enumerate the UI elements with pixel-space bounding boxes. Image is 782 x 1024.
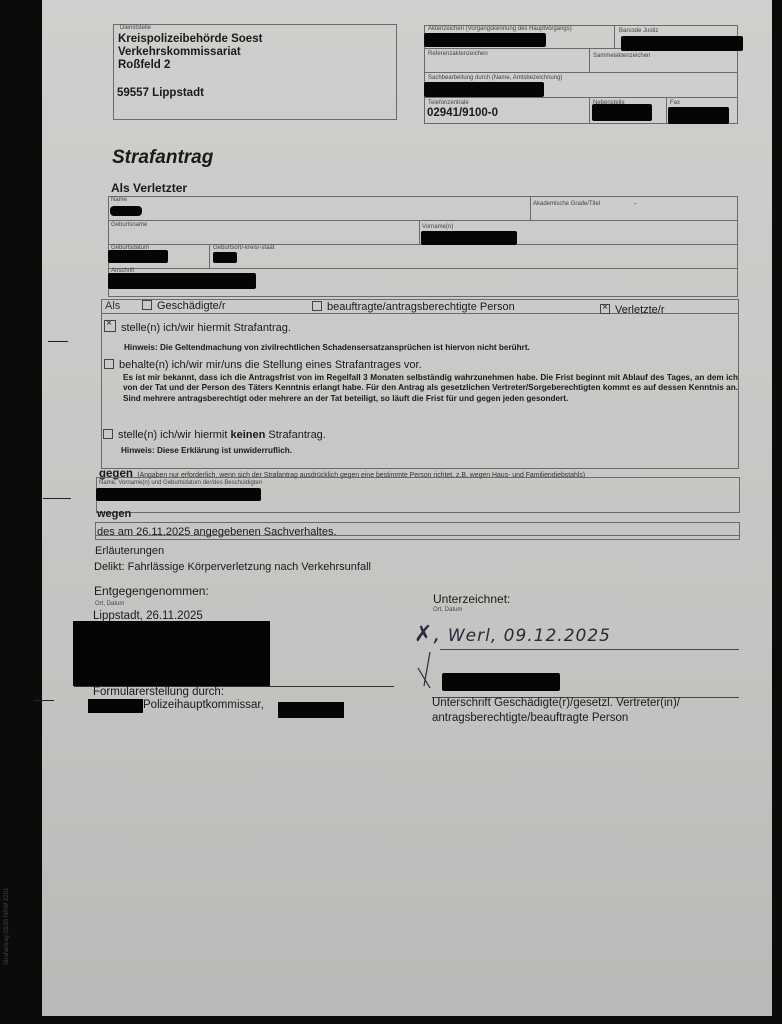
declaration-vorbehalt-note: Es ist mir bekannt, dass ich die Antrags… (123, 373, 738, 404)
role-option-beauftragte[interactable]: beauftragte/antragsberechtigte Person (312, 301, 515, 313)
signature-redacted (442, 673, 560, 691)
sammel-label: Sammelaktenzeichen (593, 53, 650, 59)
telefon-label: Telefonzentrale (428, 100, 469, 106)
formularerstellung-label: Formularerstellung durch: (93, 686, 224, 698)
entgegengenommen-heading: Entgegengenommen: (94, 584, 209, 598)
checkbox-kein-strafantrag[interactable] (103, 429, 113, 439)
unterzeichnet-handwritten-value: ✗, Werl, 09.12.2025 (414, 622, 611, 647)
handwritten-x-mark: ✗, (414, 622, 441, 647)
name-label: Name (111, 197, 127, 203)
titel-value: - (634, 201, 636, 208)
dienststelle-city: 59557 Lippstadt (117, 87, 204, 99)
checkbox-geschaedigte[interactable] (142, 300, 152, 310)
unterzeichnet-ort-datum-label: Ort, Datum (433, 607, 462, 613)
fold-mark-1 (48, 341, 68, 342)
beschuldigter-label: Name, Vorname(n) und Geburtsdatum der/de… (99, 480, 262, 486)
officer-rank: Polizeihauptkommissar, (143, 699, 264, 711)
form-code-footer: Strafantrag 03/25 NRW 2201 (4, 888, 10, 965)
beschuldigter-redacted (96, 488, 261, 501)
titel-label: Akademische Grade/Titel (533, 201, 600, 207)
geburtsort-label: Geburtsort/-kreis/-staat (213, 245, 274, 251)
declaration-vorbehalt[interactable]: behalte(n) ich/wir mir/uns die Stellung … (104, 359, 422, 371)
signature-caption-line1: Unterschrift Geschädigte(r)/gesetzl. Ver… (432, 697, 680, 709)
declaration-kein-strafantrag[interactable]: stelle(n) ich/wir hiermit keinen Strafan… (103, 429, 326, 441)
page-title: Strafantrag (112, 147, 213, 169)
wegen-heading: wegen (97, 508, 131, 520)
officer-id-redacted (278, 702, 344, 718)
role-prefix: Als (105, 300, 120, 312)
geburtsdatum-redacted (108, 250, 168, 263)
wegen-value: des am 26.11.2025 angegebenen Sachverhal… (97, 526, 337, 538)
dienststelle-label: Dienststelle (120, 25, 151, 31)
declaration-kein-strafantrag-note: Hinweis: Diese Erklärung ist unwiderrufl… (121, 446, 292, 456)
declaration-strafantrag-note: Hinweis: Die Geltendmachung von zivilrec… (124, 343, 530, 353)
barcode-redacted (621, 36, 743, 51)
unterzeichnet-heading: Unterzeichnet: (433, 592, 510, 606)
nebenstelle-redacted (592, 104, 652, 121)
fax-redacted (668, 107, 729, 124)
anschrift-redacted (108, 273, 256, 289)
dienststelle-line1: Kreispolizeibehörde Soest (118, 33, 262, 45)
entgegengenommen-ort-datum-label: Ort, Datum (95, 601, 124, 607)
telefon-value: 02941/9100-0 (427, 107, 498, 119)
aktenzeichen-redacted (424, 33, 546, 47)
role-option-verletzte[interactable]: Verletzte/r (600, 304, 665, 316)
checkbox-strafantrag[interactable] (104, 320, 116, 332)
officer-signature-redacted (73, 621, 270, 686)
erlaeuterungen-heading: Erläuterungen (95, 545, 164, 557)
sachbearbeitung-label: Sachbearbeitung durch (Name, Amtsbezeich… (428, 75, 562, 81)
vorname-label: Vorname(n) (422, 224, 453, 230)
aktenzeichen-label: Aktenzeichen (Vorgangskennung des Hauptv… (428, 26, 572, 32)
fax-label: Fax (670, 100, 680, 106)
signature-caption-line2: antragsberechtigte/beauftragte Person (432, 712, 628, 724)
referenz-label: Referenzaktenzeichen (428, 51, 488, 57)
checkbox-vorbehalt[interactable] (104, 359, 114, 369)
sachbearbeitung-redacted (424, 82, 544, 97)
dienststelle-line3: Roßfeld 2 (118, 59, 170, 71)
name-redacted (110, 206, 142, 216)
role-option-geschaedigte[interactable]: Geschädigte/r (142, 300, 225, 312)
checkbox-verletzte[interactable] (600, 304, 610, 314)
geburtsort-redacted (213, 252, 237, 263)
officer-name-redacted (88, 699, 143, 713)
geburtsname-label: Geburtsname (111, 222, 147, 228)
barcode-label: Barcode Justiz (619, 28, 658, 34)
fold-mark-3 (34, 700, 54, 701)
fold-mark-2 (43, 498, 71, 499)
vorname-redacted (421, 231, 517, 245)
declaration-strafantrag[interactable]: stelle(n) ich/wir hiermit Strafantrag. (104, 320, 291, 334)
dienststelle-line2: Verkehrskommissariat (118, 46, 241, 58)
erlaeuterungen-value: Delikt: Fahrlässige Körperverletzung nac… (94, 561, 371, 573)
verletzter-heading: Als Verletzter (111, 181, 187, 195)
checkbox-beauftragte[interactable] (312, 301, 322, 311)
